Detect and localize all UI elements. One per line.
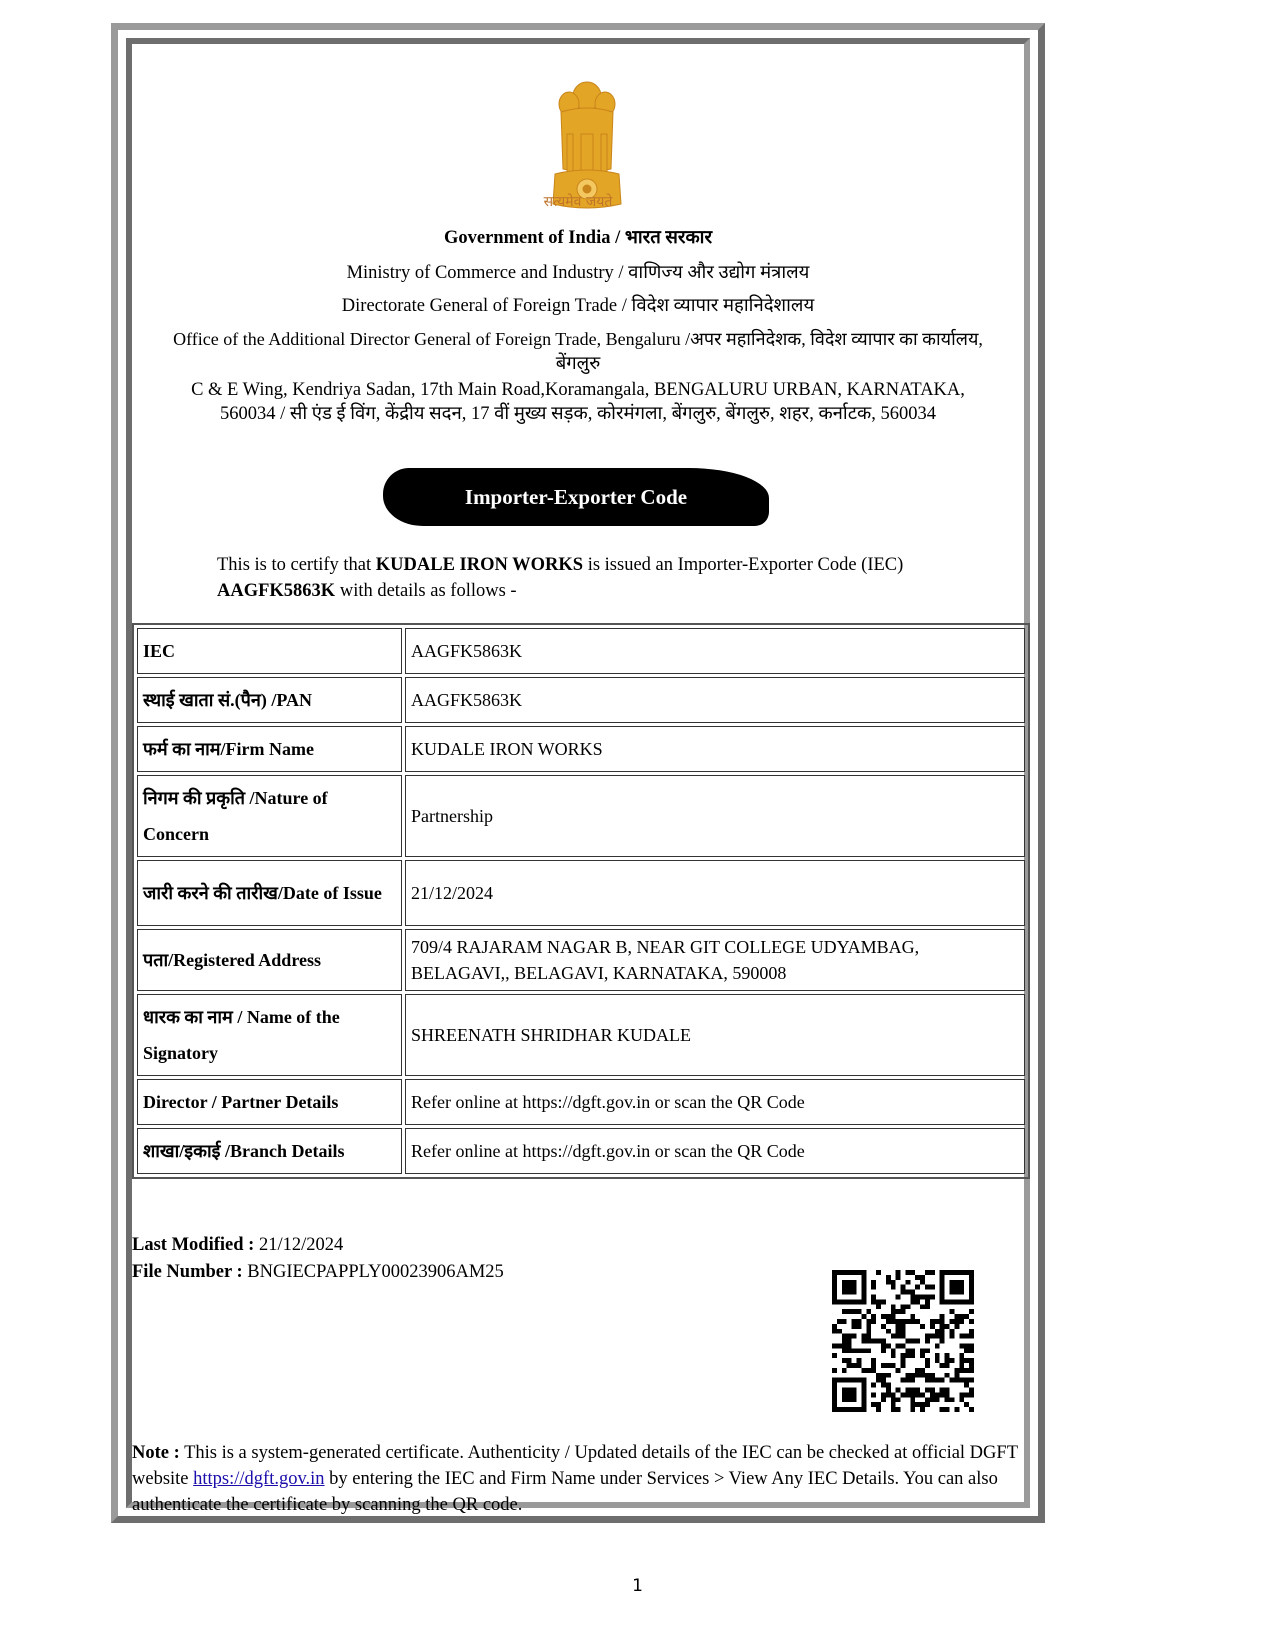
- table-row: धारक का नाम / Name of the SignatorySHREE…: [137, 994, 1025, 1076]
- detail-value: AAGFK5863K: [405, 677, 1025, 723]
- detail-value: Refer online at https://dgft.gov.in or s…: [405, 1128, 1025, 1174]
- certify-firm-name: KUDALE IRON WORKS: [376, 555, 583, 575]
- directorate-line: Directorate General of Foreign Trade / व…: [132, 295, 1024, 317]
- certificate-content: सत्यमेव जयते Government of India / भारत …: [132, 44, 1024, 1502]
- file-number-label: File Number :: [132, 1262, 243, 1282]
- address-line-1: C & E Wing, Kendriya Sadan, 17th Main Ro…: [132, 379, 1024, 401]
- page-number: 1: [0, 1576, 1275, 1596]
- office-line-1: Office of the Additional Director Genera…: [132, 328, 1024, 350]
- detail-label: शाखा/इकाई /Branch Details: [137, 1128, 402, 1174]
- table-row: IECAAGFK5863K: [137, 628, 1025, 674]
- office-line-2: बेंगलुरु: [132, 353, 1024, 375]
- table-row: जारी करने की तारीख/Date of Issue21/12/20…: [137, 860, 1025, 926]
- note-label: Note :: [132, 1443, 180, 1463]
- detail-label: फर्म का नाम/Firm Name: [137, 726, 402, 772]
- detail-label: स्थाई खाता सं.(पैन) /PAN: [137, 677, 402, 723]
- detail-label: IEC: [137, 628, 402, 674]
- iec-title-badge: Importer-Exporter Code: [383, 468, 769, 526]
- certify-prefix: This is to certify that: [217, 555, 376, 575]
- inner-frame: सत्यमेव जयते Government of India / भारत …: [126, 38, 1030, 1508]
- detail-value: 709/4 RAJARAM NAGAR B, NEAR GIT COLLEGE …: [405, 929, 1025, 991]
- detail-label: धारक का नाम / Name of the Signatory: [137, 994, 402, 1076]
- detail-label: जारी करने की तारीख/Date of Issue: [137, 860, 402, 926]
- address-line-2: 560034 / सी एंड ई विंग, केंद्रीय सदन, 17…: [132, 403, 1024, 425]
- certify-suffix: with details as follows -: [335, 581, 516, 601]
- detail-value: Partnership: [405, 775, 1025, 857]
- outer-frame: सत्यमेव जयते Government of India / भारत …: [111, 23, 1045, 1523]
- table-row: पता/Registered Address709/4 RAJARAM NAGA…: [137, 929, 1025, 991]
- dgft-website-link[interactable]: https://dgft.gov.in: [193, 1469, 324, 1489]
- table-row: निगम की प्रकृति /Nature of ConcernPartne…: [137, 775, 1025, 857]
- last-modified-label: Last Modified :: [132, 1235, 254, 1255]
- detail-value: KUDALE IRON WORKS: [405, 726, 1025, 772]
- table-row: शाखा/इकाई /Branch DetailsRefer online at…: [137, 1128, 1025, 1174]
- detail-label: Director / Partner Details: [137, 1079, 402, 1125]
- certify-iec: AAGFK5863K: [217, 581, 335, 601]
- qr-code-icon[interactable]: [832, 1270, 974, 1412]
- detail-value: AAGFK5863K: [405, 628, 1025, 674]
- certify-middle: is issued an Importer-Exporter Code (IEC…: [583, 555, 903, 575]
- file-number-value: BNGIECPAPPLY00023906AM25: [243, 1262, 504, 1282]
- table-row: Director / Partner DetailsRefer online a…: [137, 1079, 1025, 1125]
- last-modified: Last Modified : 21/12/2024: [132, 1232, 504, 1259]
- certification-statement: This is to certify that KUDALE IRON WORK…: [217, 552, 937, 604]
- detail-value: Refer online at https://dgft.gov.in or s…: [405, 1079, 1025, 1125]
- table-row: स्थाई खाता सं.(पैन) /PANAAGFK5863K: [137, 677, 1025, 723]
- table-row: फर्म का नाम/Firm NameKUDALE IRON WORKS: [137, 726, 1025, 772]
- certificate-meta: Last Modified : 21/12/2024 File Number :…: [132, 1232, 504, 1286]
- last-modified-value: 21/12/2024: [254, 1235, 343, 1255]
- detail-label: निगम की प्रकृति /Nature of Concern: [137, 775, 402, 857]
- note-section: Note : This is a system-generated certif…: [132, 1440, 1022, 1518]
- government-title: Government of India / भारत सरकार: [132, 227, 1024, 249]
- ministry-line: Ministry of Commerce and Industry / वाणि…: [132, 262, 1024, 284]
- iec-details-table: IECAAGFK5863Kस्थाई खाता सं.(पैन) /PANAAG…: [132, 623, 1030, 1179]
- detail-value: 21/12/2024: [405, 860, 1025, 926]
- emblem-motto: सत्यमेव जयते: [132, 192, 1024, 211]
- detail-value: SHREENATH SHRIDHAR KUDALE: [405, 994, 1025, 1076]
- detail-label: पता/Registered Address: [137, 929, 402, 991]
- file-number: File Number : BNGIECPAPPLY00023906AM25: [132, 1259, 504, 1286]
